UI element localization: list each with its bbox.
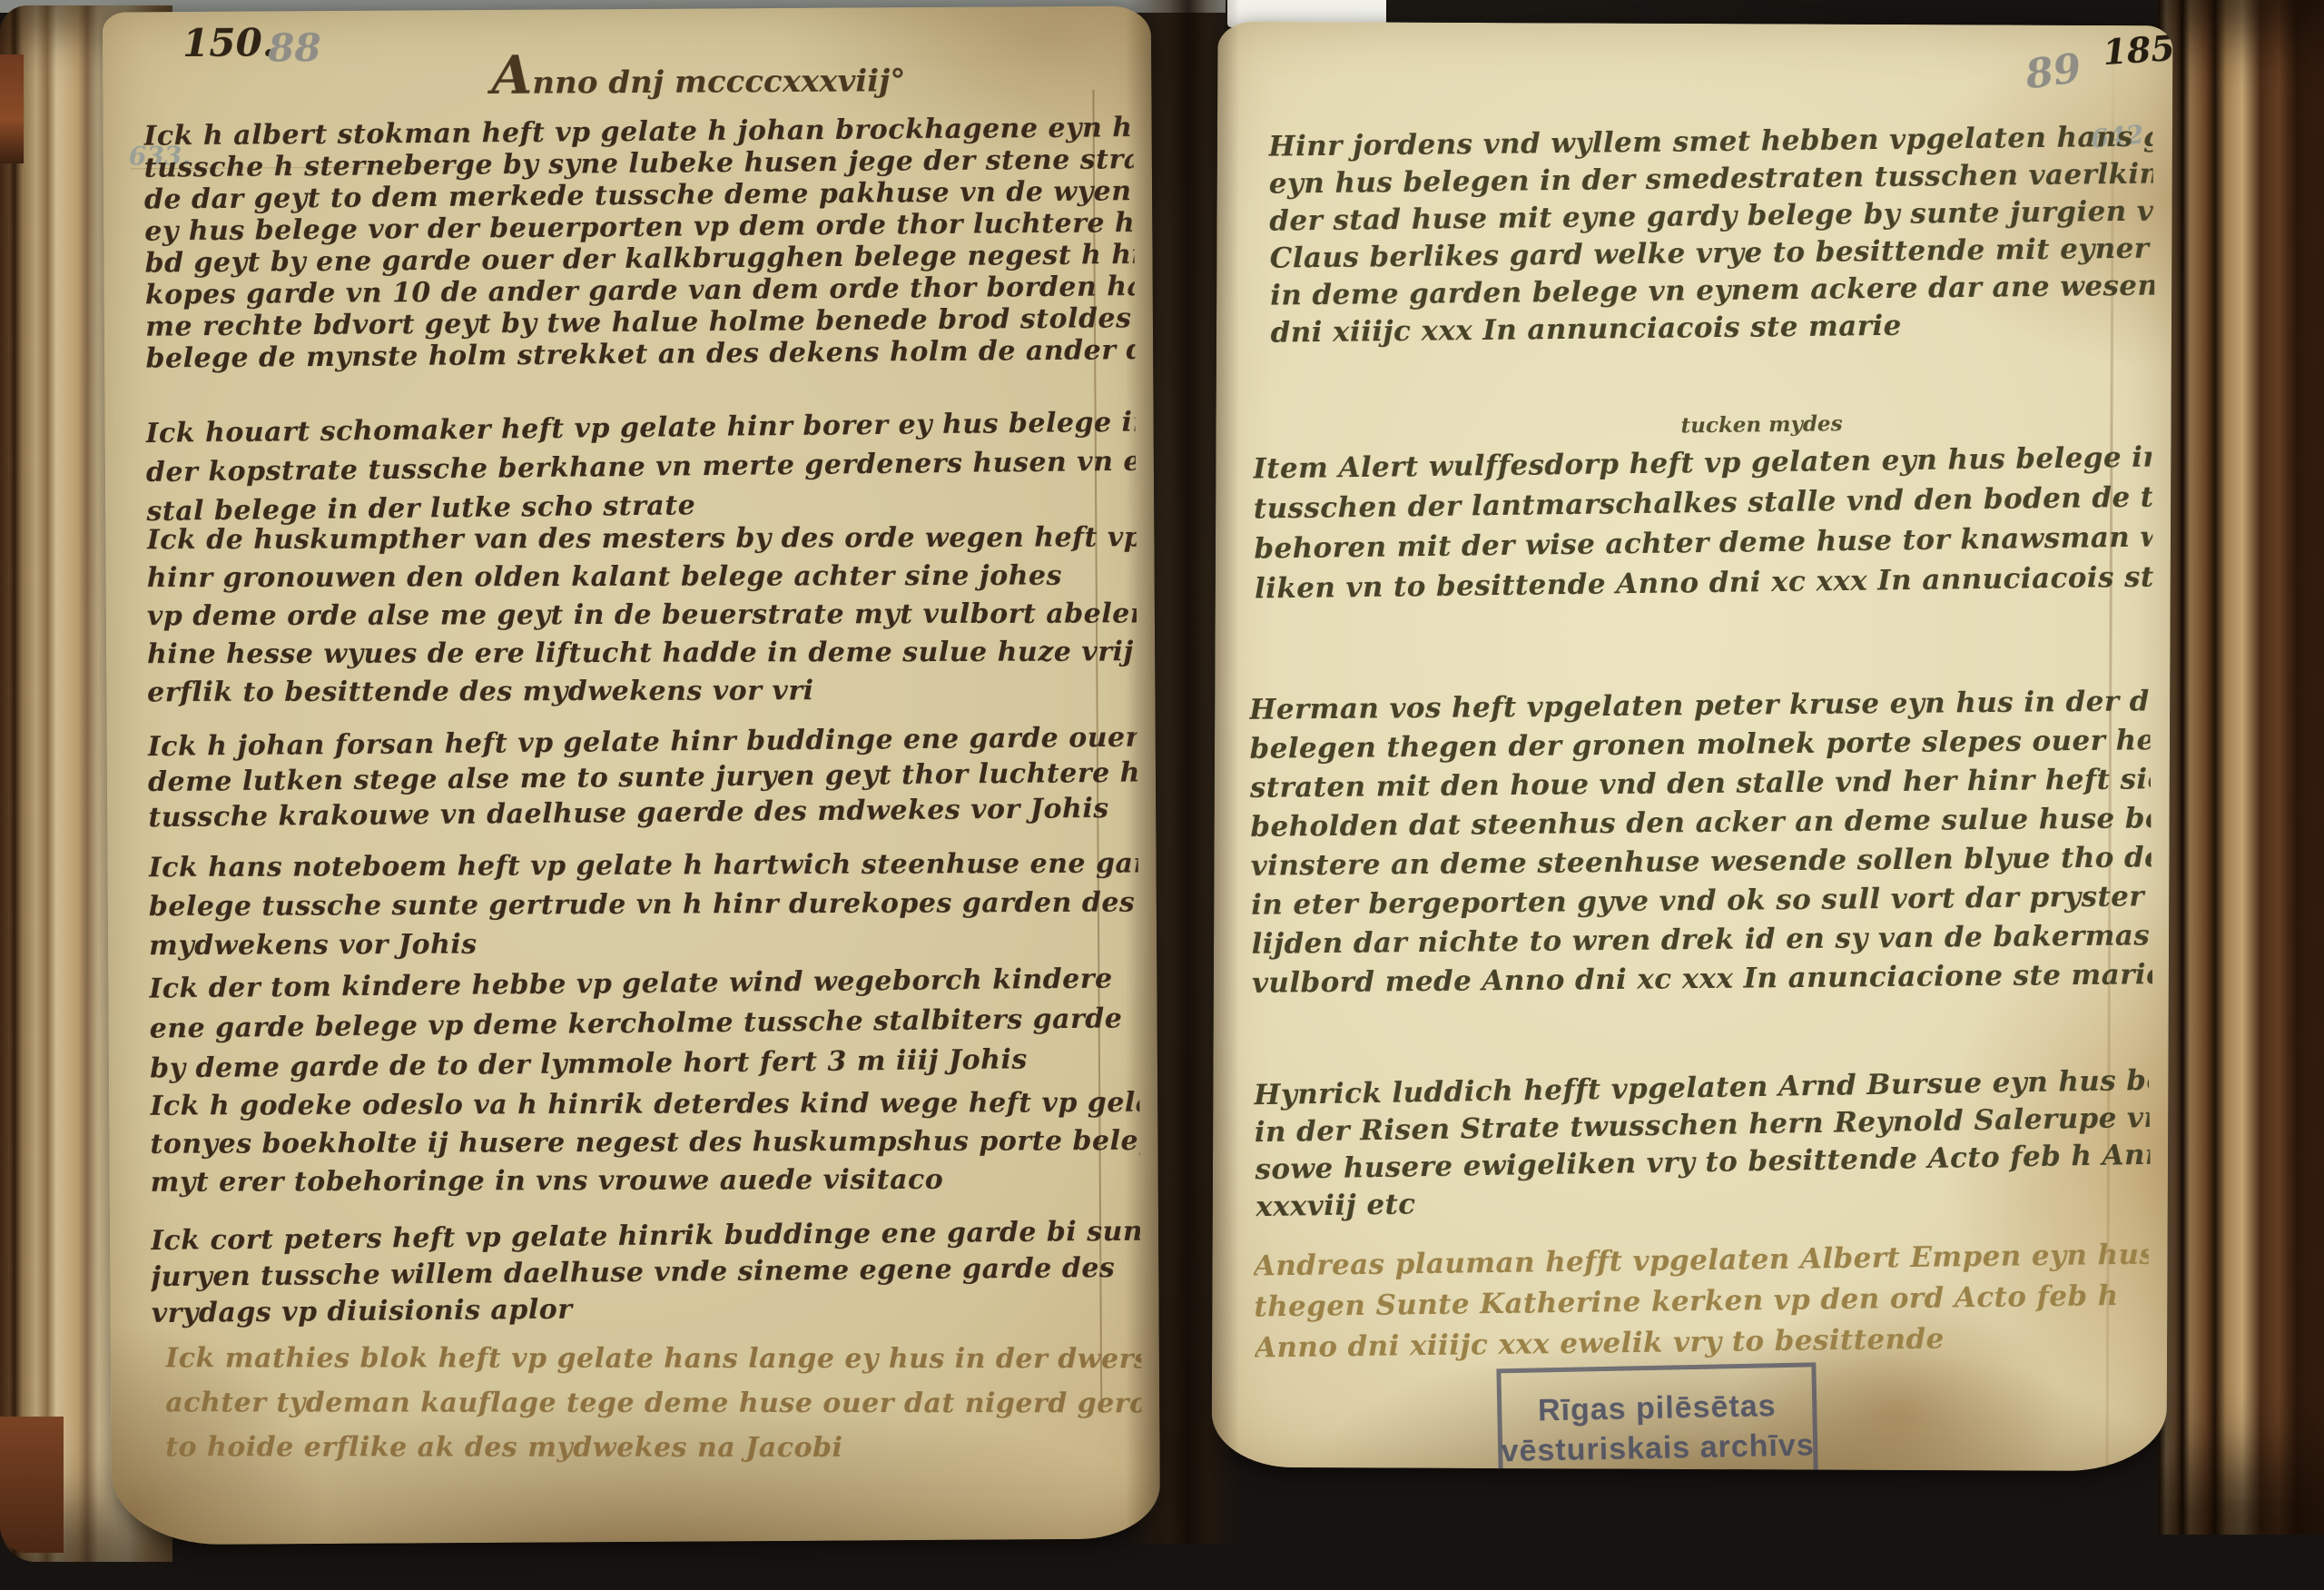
entry-paragraph: Ick h albert stokman heft vp gelate h jo… xyxy=(143,112,1135,375)
entry-paragraph: Ick cort peters heft vp gelate hinrik bu… xyxy=(151,1214,1141,1332)
manuscript-line: Ick de huskumpther van des mesters by de… xyxy=(147,519,1137,560)
manuscript-line: to hoide erflike ak des mydwekes na Jaco… xyxy=(165,1425,1141,1470)
entry-paragraph-faded: Ick mathies blok heft vp gelate hans lan… xyxy=(165,1336,1141,1470)
manuscript-line: belege tussche sunte gertrude vn h hinr … xyxy=(149,884,1138,927)
entry-paragraph: Hinr jordens vnd wyllem smet hebben vpge… xyxy=(1268,119,2155,352)
left-folio-pencil: 88 xyxy=(268,25,321,70)
left-page: 150. 88 633. Anno dnj mccccxxxviij° Ick … xyxy=(103,5,1160,1545)
manuscript-line: achter tydeman kauflage tege deme huse o… xyxy=(165,1380,1141,1426)
archive-stamp-line2: vēsturiskais archīvs xyxy=(1501,1427,1815,1469)
entry-paragraph: Hynrick luddich hefft vpgelaten Arnd Bur… xyxy=(1254,1062,2152,1226)
manuscript-line: tonyes boekholte ij husere negest des hu… xyxy=(150,1122,1139,1164)
manuscript-line: Ick h godeke odeslo va h hinrik deterdes… xyxy=(150,1084,1139,1126)
manuscript-line: mydwekens vor Johis xyxy=(149,923,1138,966)
year-heading: Anno dnj mccccxxxviij° xyxy=(491,42,906,106)
entry-paragraph: Ick h godeke odeslo va h hinrik deterdes… xyxy=(150,1084,1139,1202)
interlinear-note: tucken mydes xyxy=(1680,411,1842,438)
archive-stamp-line1: Rīgas pilēsētas xyxy=(1538,1388,1777,1428)
manuscript-line: erflik to besittende des mydwekens vor v… xyxy=(147,671,1137,712)
entry-paragraph-faded: Andreas plauman hefft vpgelaten Albert E… xyxy=(1253,1235,2150,1369)
left-folio-ink: 150. xyxy=(182,20,276,65)
left-cover-corner xyxy=(0,1417,64,1553)
entry-paragraph: Herman vos heft vpgelaten peter kruse ey… xyxy=(1249,682,2152,1003)
entry-paragraph: Ick der tom kindere hebbe vp gelate wind… xyxy=(149,959,1139,1089)
manuscript-line: myt erer tobehoringe in vns vrouwe auede… xyxy=(151,1160,1140,1202)
manuscript-line: vp deme orde alse me geyt in de beuerstr… xyxy=(147,596,1137,637)
right-page-edges xyxy=(2159,0,2324,1535)
entry-paragraph: Ick hans noteboem heft vp gelate h hartw… xyxy=(149,844,1139,966)
right-folio-pencil: 89 xyxy=(2023,45,2084,99)
right-page: 89 185. 642 Hinr jordens vnd wyllem smet… xyxy=(1212,22,2173,1472)
manuscript-line: hine hesse wyues de ere liftucht hadde i… xyxy=(147,634,1137,675)
manuscript-photo: 150. 88 633. Anno dnj mccccxxxviij° Ick … xyxy=(0,0,2324,1590)
entry-paragraph: Ick houart schomaker heft vp gelate hinr… xyxy=(145,403,1136,531)
manuscript-line: Ick mathies blok heft vp gelate hans lan… xyxy=(165,1336,1141,1381)
archive-stamp: Rīgas pilēsētas vēsturiskais archīvs xyxy=(1496,1362,1818,1471)
entry-paragraph: Ick h johan forsan heft vp gelate hinr b… xyxy=(147,720,1137,835)
entry-paragraph: Ick de huskumpther van des mesters by de… xyxy=(147,519,1137,713)
manuscript-line: Ick hans noteboem heft vp gelate h hartw… xyxy=(149,844,1138,888)
entry-paragraph: Item Alert wulffesdorp heft vp gelaten e… xyxy=(1253,438,2153,609)
manuscript-line: vulbord mede Anno dni xc xxx In anunciac… xyxy=(1252,955,2152,1003)
manuscript-line: hinr gronouwen den olden kalant belege a… xyxy=(147,558,1137,598)
left-cover-sliver xyxy=(0,54,24,163)
